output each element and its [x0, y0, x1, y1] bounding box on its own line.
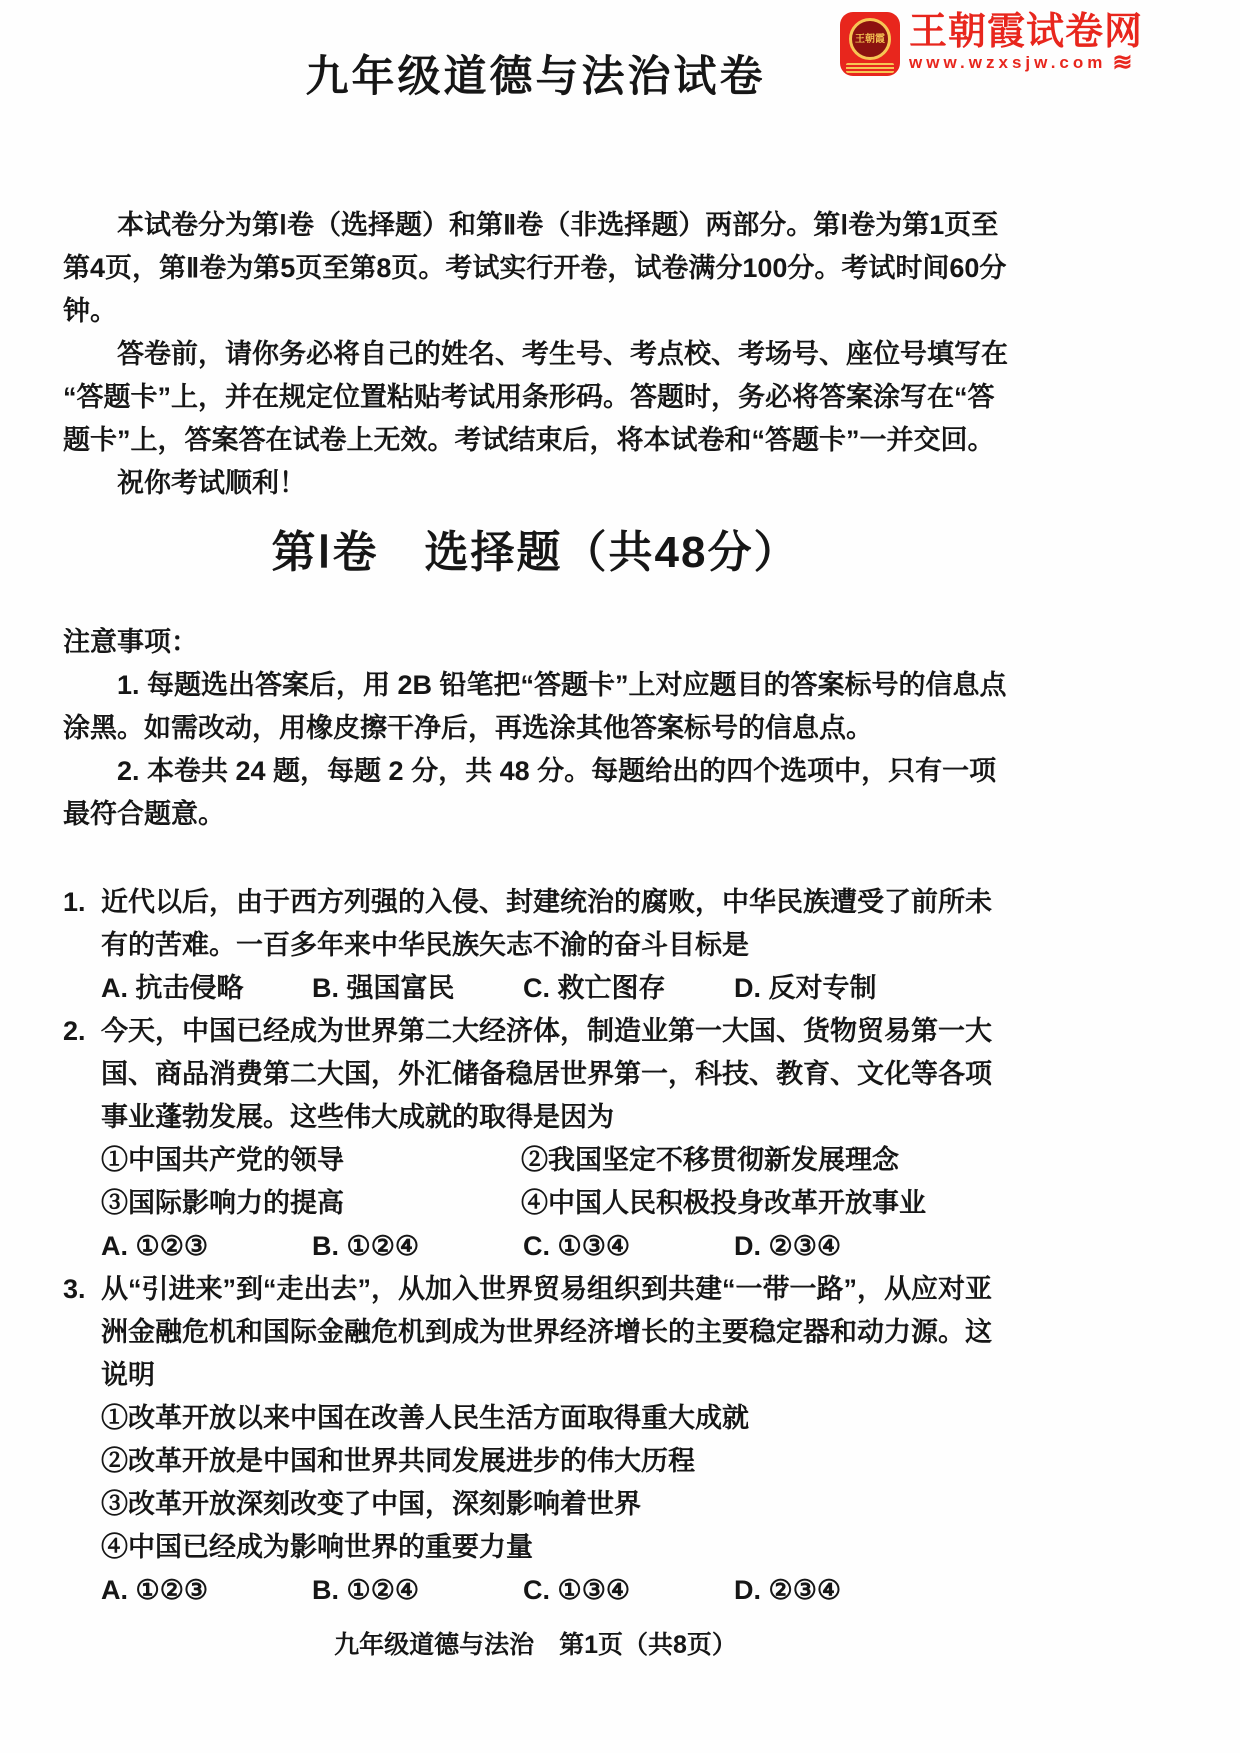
option-d: D. ②③④	[734, 1225, 841, 1268]
question-list: 1. 近代以后，由于西方列强的入侵、封建统治的腐败，中华民族遭受了前所未有的苦难…	[63, 881, 1008, 1612]
option-d: D. ②③④	[734, 1569, 841, 1612]
note-item-1: 1. 每题选出答案后，用 2B 铅笔把“答题卡”上对应题目的答案标号的信息点涂黑…	[63, 664, 1008, 750]
wish-line: 祝你考试顺利！	[63, 462, 1008, 505]
question-1-stem: 近代以后，由于西方列强的入侵、封建统治的腐败，中华民族遭受了前所未有的苦难。一百…	[101, 881, 1008, 967]
option-d: D. 反对专制	[734, 967, 877, 1010]
instruction-paragraph-2: 答卷前，请你务必将自己的姓名、考生号、考点校、考场号、座位号填写在“答题卡”上，…	[63, 333, 1008, 462]
question-2-stem: 今天，中国已经成为世界第二大经济体，制造业第一大国、货物贸易第一大国、商品消费第…	[101, 1010, 1008, 1139]
question-1: 1. 近代以后，由于西方列强的入侵、封建统治的腐败，中华民族遭受了前所未有的苦难…	[63, 881, 1008, 1010]
exam-instructions: 本试卷分为第Ⅰ卷（选择题）和第Ⅱ卷（非选择题）两部分。第Ⅰ卷为第1页至第4页，第…	[63, 204, 1008, 505]
subitem-2: ②改革开放是中国和世界共同发展进步的伟大历程	[101, 1440, 1008, 1483]
question-3: 3. 从“引进来”到“走出去”，从加入世界贸易组织到共建“一带一路”，从应对亚洲…	[63, 1268, 1008, 1612]
subitem-3: ③改革开放深刻改变了中国，深刻影响着世界	[101, 1483, 1008, 1526]
section-1-title: 第Ⅰ卷 选择题（共48分）	[63, 527, 1008, 579]
question-3-body: 从“引进来”到“走出去”，从加入世界贸易组织到共建“一带一路”，从应对亚洲金融危…	[101, 1268, 1008, 1612]
option-a: A. 抗击侵略	[101, 967, 312, 1010]
question-2-body: 今天，中国已经成为世界第二大经济体，制造业第一大国、货物贸易第一大国、商品消费第…	[101, 1010, 1008, 1268]
option-b: B. 强国富民	[312, 967, 523, 1010]
question-1-options: A. 抗击侵略 B. 强国富民 C. 救亡图存 D. 反对专制	[101, 967, 1008, 1010]
page-footer: 九年级道德与法治 第1页（共8页）	[63, 1628, 1008, 1662]
question-2-options: A. ①②③ B. ①②④ C. ①③④ D. ②③④	[101, 1225, 1008, 1268]
subitem-1: ①改革开放以来中国在改善人民生活方面取得重大成就	[101, 1397, 1008, 1440]
option-a: A. ①②③	[101, 1569, 312, 1612]
question-2-subitems-row-2: ③国际影响力的提高 ④中国人民积极投身改革开放事业	[101, 1182, 1008, 1225]
notes-block: 注意事项： 1. 每题选出答案后，用 2B 铅笔把“答题卡”上对应题目的答案标号…	[63, 621, 1008, 836]
question-2-subitems-row-1: ①中国共产党的领导 ②我国坚定不移贯彻新发展理念	[101, 1139, 1008, 1182]
option-c: C. ①③④	[523, 1569, 734, 1612]
question-3-number: 3.	[63, 1268, 101, 1612]
question-3-options: A. ①②③ B. ①②④ C. ①③④ D. ②③④	[101, 1569, 1008, 1612]
notes-heading: 注意事项：	[63, 621, 1008, 664]
subitem-3: ③国际影响力的提高	[101, 1182, 521, 1225]
note-item-2: 2. 本卷共 24 题，每题 2 分，共 48 分。每题给出的四个选项中，只有一…	[63, 750, 1008, 836]
document-content: 九年级道德与法治试卷 本试卷分为第Ⅰ卷（选择题）和第Ⅱ卷（非选择题）两部分。第Ⅰ…	[63, 0, 1008, 1662]
question-2-number: 2.	[63, 1010, 101, 1268]
option-c: C. 救亡图存	[523, 967, 734, 1010]
subitem-4: ④中国已经成为影响世界的重要力量	[101, 1526, 1008, 1569]
question-3-stem: 从“引进来”到“走出去”，从加入世界贸易组织到共建“一带一路”，从应对亚洲金融危…	[101, 1268, 1008, 1397]
instruction-paragraph-1: 本试卷分为第Ⅰ卷（选择题）和第Ⅱ卷（非选择题）两部分。第Ⅰ卷为第1页至第4页，第…	[63, 204, 1008, 333]
subitem-1: ①中国共产党的领导	[101, 1139, 521, 1182]
option-a: A. ①②③	[101, 1225, 312, 1268]
question-3-subitems: ①改革开放以来中国在改善人民生活方面取得重大成就 ②改革开放是中国和世界共同发展…	[101, 1397, 1008, 1569]
question-1-number: 1.	[63, 881, 101, 1010]
question-2: 2. 今天，中国已经成为世界第二大经济体，制造业第一大国、货物贸易第一大国、商品…	[63, 1010, 1008, 1268]
exam-paper-page: 王朝霞 王朝霞试卷网 www.wzxsjw.com ≋ 九年级道德与法治试卷 本…	[0, 0, 1240, 1753]
option-c: C. ①③④	[523, 1225, 734, 1268]
subitem-2: ②我国坚定不移贯彻新发展理念	[521, 1139, 899, 1182]
page-title: 九年级道德与法治试卷	[63, 50, 1008, 104]
option-b: B. ①②④	[312, 1569, 523, 1612]
question-1-body: 近代以后，由于西方列强的入侵、封建统治的腐败，中华民族遭受了前所未有的苦难。一百…	[101, 881, 1008, 1010]
subitem-4: ④中国人民积极投身改革开放事业	[521, 1182, 926, 1225]
wave-icon: ≋	[1112, 54, 1132, 72]
option-b: B. ①②④	[312, 1225, 523, 1268]
